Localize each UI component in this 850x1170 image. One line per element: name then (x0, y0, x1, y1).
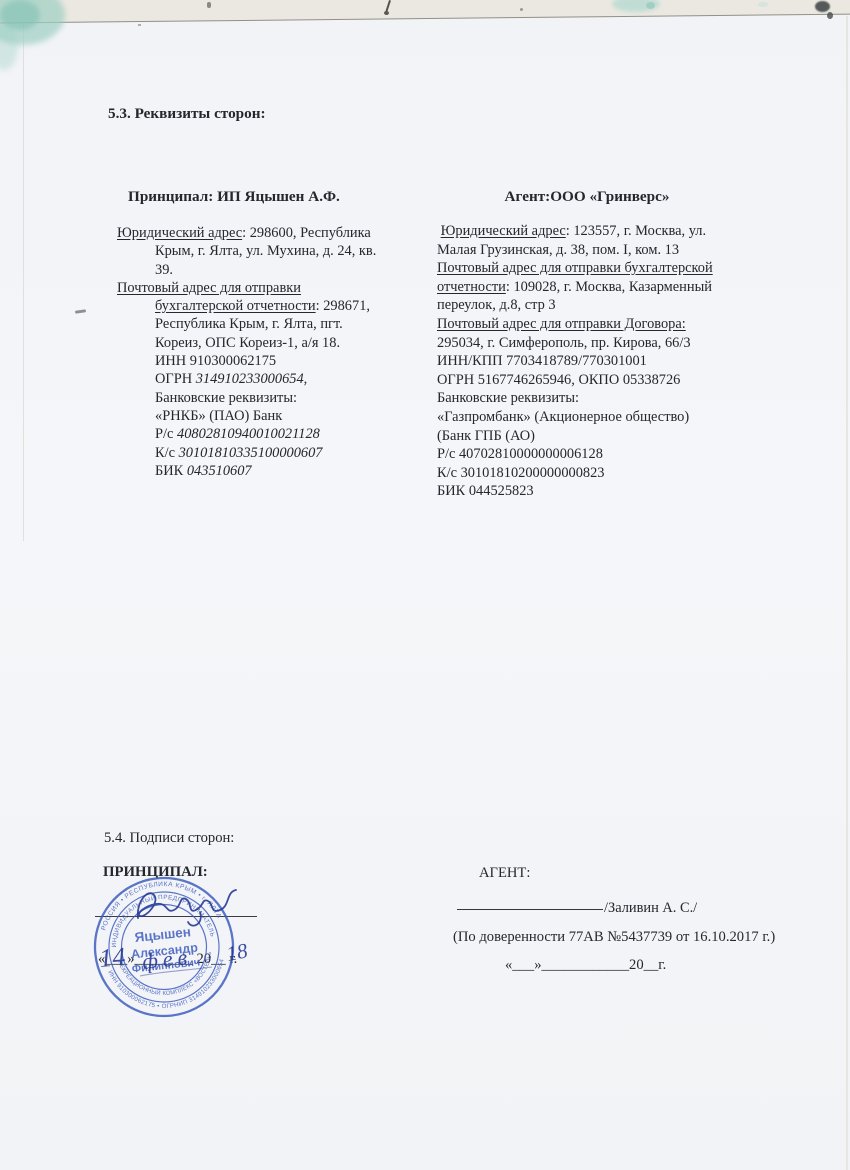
text-line: Юридический адрес: 123557, г. Москва, ул… (437, 222, 832, 241)
agent-signature-line (457, 908, 603, 910)
agent-signature-label: АГЕНТ: (479, 865, 530, 882)
scan-speck (138, 24, 141, 26)
text-line: Юридический адрес: 298600, Республика (117, 224, 447, 242)
text-segment: «РНКБ» (ПАО) Банк (155, 408, 282, 424)
text-segment: Почтовый адрес для отправки бухгалтерско… (437, 260, 713, 276)
agent-header: Агент:ООО «Гринверс» (437, 188, 737, 206)
text-line: Почтовый адрес для отправки бухгалтерско… (437, 259, 832, 278)
stamp-and-signature-overlay: РОССИЯ • РЕСПУБЛИКА КРЫМ • г. ЯЛТА ИНН 9… (40, 828, 320, 1058)
text-segment: бухгалтерской отчетности (155, 298, 316, 314)
section-5-4-heading: 5.4. Подписи сторон: (104, 830, 234, 847)
round-stamp: РОССИЯ • РЕСПУБЛИКА КРЫМ • г. ЯЛТА ИНН 9… (88, 871, 240, 1023)
text-line: ОГРН 5167746265946, ОКПО 05338726 (437, 371, 832, 390)
stamp-ring-outer-top: РОССИЯ • РЕСПУБЛИКА КРЫМ • г. ЯЛТА (96, 875, 223, 932)
scan-mark-curl (384, 11, 389, 15)
scan-mark-dark (827, 12, 833, 19)
text-segment: Почтовый адрес для отправки (117, 280, 301, 296)
text-segment: , (304, 371, 308, 387)
text-segment: К/с 30101810200000000823 (437, 465, 605, 481)
text-segment: Банковские реквизиты: (437, 390, 579, 406)
text-line: Крым, г. Ялта, ул. Мухина, д. 24, кв. (117, 242, 447, 260)
text-segment: БИК (155, 463, 187, 479)
stamp-name-line1: Яцышен (134, 924, 192, 945)
text-segment: (Банк ГПБ (АО) (437, 428, 535, 444)
text-segment: Малая Грузинская, д. 38, пом. I, ком. 13 (437, 242, 679, 258)
scan-smudge-teal (646, 2, 655, 9)
scan-smudge-teal (758, 2, 768, 7)
text-segment: Республика Крым, г. Ялта, пгт. (155, 316, 343, 332)
principal-signature-line (95, 916, 257, 917)
scanner-background-band (0, 0, 850, 24)
scan-speck (75, 309, 86, 314)
principal-signature-label: ПРИНЦИПАЛ: (103, 864, 208, 881)
text-segment: : 298600, Республика (242, 225, 371, 241)
text-line: К/с 30101810200000000823 (437, 464, 832, 483)
text-segment: : 123557, г. Москва, ул. (566, 223, 706, 239)
text-segment: : 298671, (316, 298, 370, 314)
text-line: ОГРН 314910233000654, (117, 370, 447, 388)
agent-attorney-line: (По доверенности 77АВ №5437739 от 16.10.… (453, 929, 775, 946)
text-line: Кореиз, ОПС Кореиз-1, а/я 18. (117, 334, 447, 352)
text-segment: 314910233000654 (196, 371, 304, 387)
text-line: «РНКБ» (ПАО) Банк (117, 407, 447, 425)
text-segment: 043510607 (187, 463, 252, 479)
text-line: Почтовый адрес для отправки Договора: (437, 315, 832, 334)
scan-mark-dark (815, 1, 830, 12)
text-line: Банковские реквизиты: (117, 389, 447, 407)
text-line: Почтовый адрес для отправки (117, 279, 447, 297)
text-segment: ОГРН (155, 371, 196, 387)
text-line: Р/с 40702810000000006128 (437, 445, 832, 464)
agent-details-block: Юридический адрес: 123557, г. Москва, ул… (437, 222, 832, 501)
text-segment: ИНН 910300062175 (155, 353, 276, 369)
scan-speck (207, 2, 211, 8)
text-segment: 30101810335100000607 (179, 445, 323, 461)
text-segment: Банковские реквизиты: (155, 390, 297, 406)
text-line: ИНН/КПП 7703418789/770301001 (437, 352, 832, 371)
text-line: БИК 044525823 (437, 482, 832, 501)
text-segment: переулок, д.8, стр 3 (437, 297, 556, 313)
text-segment: Крым, г. Ялта, ул. Мухина, д. 24, кв. (155, 243, 376, 259)
text-line: ИНН 910300062175 (117, 352, 447, 370)
text-line: переулок, д.8, стр 3 (437, 296, 832, 315)
text-segment: Почтовый адрес для отправки Договора: (437, 316, 686, 332)
text-line: отчетности: 109028, г. Москва, Казарменн… (437, 278, 832, 297)
section-5-3-heading: 5.3. Реквизиты сторон: (108, 105, 266, 123)
text-line: Р/с 40802810940010021128 (117, 425, 447, 443)
text-segment: Р/с 40702810000000006128 (437, 446, 603, 462)
text-segment: 295034, г. Симферополь, пр. Кирова, 66/3 (437, 335, 691, 351)
text-segment: : 109028, г. Москва, Казарменный (506, 279, 712, 295)
stamp-ring-inner-top: ИНДИВИДУАЛЬНЫЙ ПРЕДПРИНИМАТЕЛЬ (106, 888, 216, 948)
text-line: 39. (117, 261, 447, 279)
text-line: (Банк ГПБ (АО) (437, 427, 832, 446)
text-segment: Юридический адрес (117, 225, 242, 241)
text-line: Республика Крым, г. Ялта, пгт. (117, 315, 447, 333)
text-line: «Газпромбанк» (Акционерное общество) (437, 408, 832, 427)
text-segment: К/с (155, 445, 179, 461)
text-line: БИК 043510607 (117, 462, 447, 480)
paper-left-edge (23, 21, 24, 541)
scan-speck (520, 8, 523, 11)
text-line: Малая Грузинская, д. 38, пом. I, ком. 13 (437, 241, 832, 260)
paper-right-edge (846, 16, 848, 1170)
text-segment: ИНН/КПП 7703418789/770301001 (437, 353, 647, 369)
text-line: бухгалтерской отчетности: 298671, (117, 297, 447, 315)
text-segment: отчетности (437, 279, 506, 295)
principal-date-line: «___»________ 20__ г. (98, 951, 237, 968)
svg-text:ИНДИВИДУАЛЬНЫЙ ПРЕДПРИНИМАТЕЛЬ: ИНДИВИДУАЛЬНЫЙ ПРЕДПРИНИМАТЕЛЬ (106, 888, 216, 948)
text-segment: 39. (155, 262, 173, 278)
text-line: Банковские реквизиты: (437, 389, 832, 408)
text-line: К/с 30101810335100000607 (117, 444, 447, 462)
text-segment: Юридический адрес (441, 223, 566, 239)
text-segment: 40802810940010021128 (177, 426, 320, 442)
agent-date-line: «___»____________20__г. (505, 957, 666, 974)
text-line: 295034, г. Симферополь, пр. Кирова, 66/3 (437, 334, 832, 353)
scan-smudge-teal (0, 0, 40, 30)
text-segment: ОГРН 5167746265946, ОКПО 05338726 (437, 372, 680, 388)
text-segment: Кореиз, ОПС Кореиз-1, а/я 18. (155, 335, 340, 351)
svg-text:РОССИЯ • РЕСПУБЛИКА КРЫМ • г.: РОССИЯ • РЕСПУБЛИКА КРЫМ • г. ЯЛТА (96, 875, 223, 932)
text-segment: «Газпромбанк» (Акционерное общество) (437, 409, 689, 425)
principal-details-block: Юридический адрес: 298600, РеспубликаКры… (117, 224, 447, 480)
principal-header: Принципал: ИП Яцышен А.Ф. (128, 188, 340, 206)
text-segment: Р/с (155, 426, 177, 442)
agent-signature-row: /Заливин А. С./ (457, 900, 697, 917)
text-segment: БИК 044525823 (437, 483, 534, 499)
handwritten-signature (138, 890, 236, 926)
agent-signatory-name: /Заливин А. С./ (604, 900, 697, 916)
